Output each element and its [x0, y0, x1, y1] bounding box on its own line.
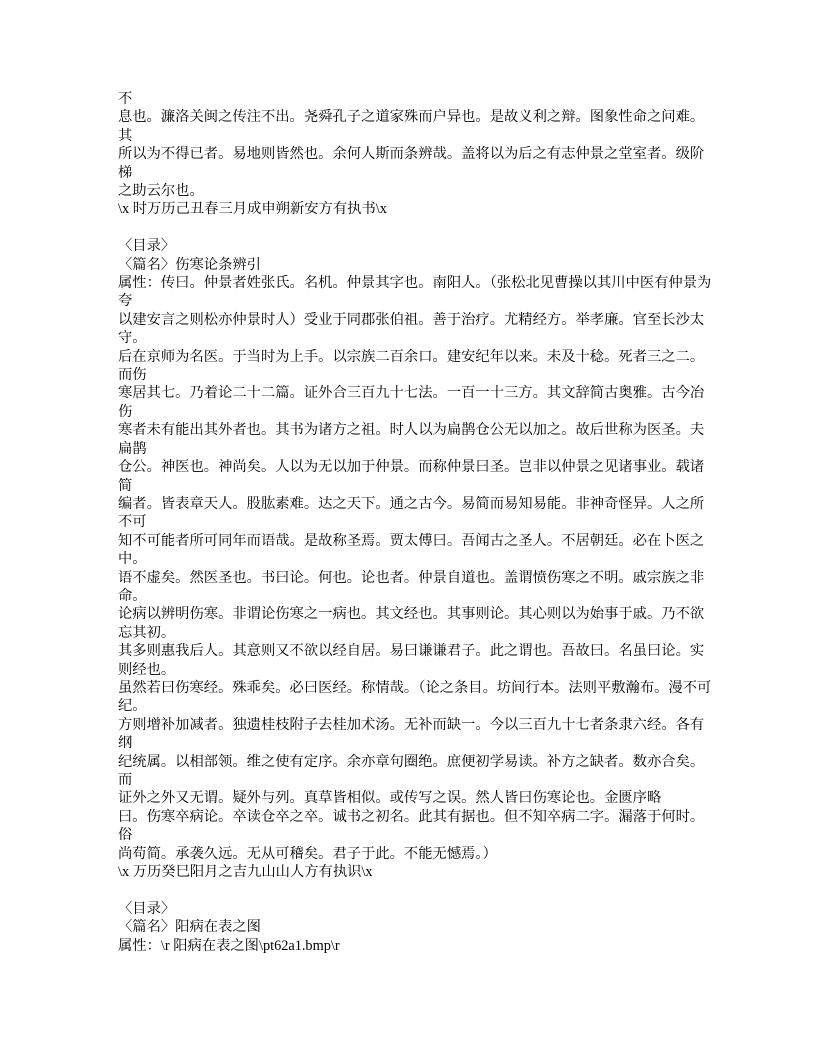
text-line: 后在京师为名医。于当时为上手。以宗族二百余口。建安纪年以来。未及十稔。死者三之二…: [118, 348, 726, 366]
text-line: 纲: [118, 734, 726, 752]
text-line: 所以为不得已者。易地则皆然也。余何人斯而条辨哉。盖将以为后之有志仲景之堂室者。级…: [118, 145, 726, 163]
text-line: 虽然若曰伤寒经。殊乖矣。必曰医经。称情哉。（论之条目。坊间行本。法则平敷瀚布。漫…: [118, 679, 726, 697]
text-line: 夸: [118, 292, 726, 310]
text-line: 〈目录〉: [118, 237, 726, 255]
text-line: [118, 219, 726, 237]
text-line: 知不可能者所可同年而语哉。是故称圣焉。贾太傅曰。吾闻古之圣人。不居朝廷。必在卜医…: [118, 532, 726, 550]
text-line: 〈篇名〉伤寒论条辨引: [118, 256, 726, 274]
text-line: 论病以辨明伤寒。非谓论伤寒之一病也。其文经也。其事则论。其心则以为始事于戚。乃不…: [118, 605, 726, 623]
text-line: 尚苟简。承袭久远。无从可稽矣。君子于此。不能无憾焉。）: [118, 845, 726, 863]
text-line: 伤: [118, 403, 726, 421]
text-line: 其多则惠我后人。其意则又不欲以经自居。易曰谦谦君子。此之谓也。吾故曰。名虽曰论。…: [118, 642, 726, 660]
text-line: 之助云尔也。: [118, 182, 726, 200]
text-line: 〈篇名〉阳病在表之图: [118, 918, 726, 936]
text-line: 寒者未有能出其外者也。其书为诸方之祖。时人以为扁鹊仓公无以加之。故后世称为医圣。…: [118, 421, 726, 439]
text-line: 扁鹊: [118, 440, 726, 458]
text-line: 而: [118, 771, 726, 789]
text-line: 以建安言之则松亦仲景时人）受业于同郡张伯祖。善于治疗。尤精经方。举孝廉。官至长沙…: [118, 311, 726, 329]
text-line: 不可: [118, 513, 726, 531]
text-line: 方则增补加减者。独遗桂枝附子去桂加术汤。无补而缺一。今以三百九十七者条隶六经。各…: [118, 716, 726, 734]
text-line: 简: [118, 477, 726, 495]
text-line: 命。: [118, 587, 726, 605]
text-line: 属性：传曰。仲景者姓张氏。名机。仲景其字也。南阳人。（张松北见曹操以其川中医有仲…: [118, 274, 726, 292]
text-line: 其: [118, 127, 726, 145]
text-line: 忘其初。: [118, 624, 726, 642]
text-line: 证外之外又无谓。疑外与列。真草皆相似。或传写之误。然人皆曰伤寒论也。金匮序略: [118, 789, 726, 807]
document-page: 不息也。濂洛关闽之传注不出。尧舜孔子之道家殊而户异也。是故义利之辩。图象性命之问…: [0, 0, 816, 1056]
text-line: 纪统属。以相部领。维之使有定序。余亦章句圈绝。庶便初学易读。补方之缺者。数亦合矣…: [118, 753, 726, 771]
text-line: 梯: [118, 164, 726, 182]
text-line: 曰。伤寒卒病论。卒读仓卒之卒。诚书之初名。此其有据也。但不知卒病二字。漏落于何时…: [118, 808, 726, 826]
text-line: 守。: [118, 329, 726, 347]
text-line: [118, 881, 726, 899]
text-line: 中。: [118, 550, 726, 568]
text-line: 则经也。: [118, 661, 726, 679]
text-line: \x 万历癸巳阳月之吉九山山人方有执识\x: [118, 863, 726, 881]
text-line: 息也。濂洛关闽之传注不出。尧舜孔子之道家殊而户异也。是故义利之辩。图象性命之问难…: [118, 108, 726, 126]
text-line: 〈目录〉: [118, 900, 726, 918]
text-line: 属性：\r 阳病在表之图\pt62a1.bmp\r: [118, 937, 726, 955]
text-line: \x 时万历己丑春三月成申朔新安方有执书\x: [118, 200, 726, 218]
text-line: 语不虚矣。然医圣也。书曰论。何也。论也者。仲景自道也。盖谓愤伤寒之不明。戚宗族之…: [118, 569, 726, 587]
text-line: 仓公。神医也。神尚矣。人以为无以加于仲景。而称仲景曰圣。岂非以仲景之见诸事业。载…: [118, 458, 726, 476]
document-text: 不息也。濂洛关闽之传注不出。尧舜孔子之道家殊而户异也。是故义利之辩。图象性命之问…: [118, 90, 726, 955]
text-line: 纪。: [118, 697, 726, 715]
text-line: 而伤: [118, 366, 726, 384]
text-line: 编者。皆表章天人。股肱素难。达之天下。通之古今。易简而易知易能。非神奇怪异。人之…: [118, 495, 726, 513]
text-line: 寒居其七。乃着论二十二篇。证外合三百九十七法。一百一十三方。其文辞简古奥雅。古今…: [118, 384, 726, 402]
text-line: 俗: [118, 826, 726, 844]
text-line: 不: [118, 90, 726, 108]
